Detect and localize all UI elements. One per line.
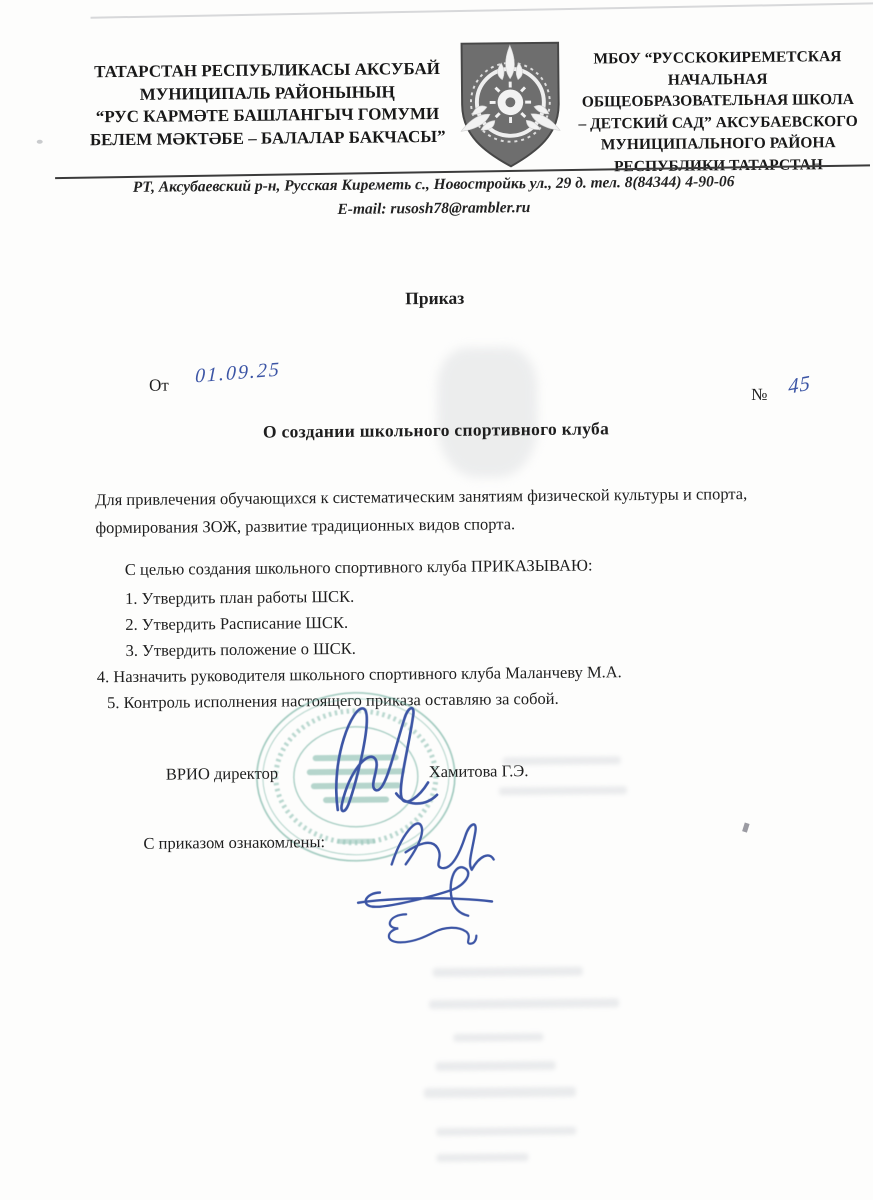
acknowledgement-signature	[378, 904, 478, 951]
bleed-through-artifact	[499, 786, 627, 795]
signer-role: ВРИО директор	[166, 764, 278, 785]
bleed-through-artifact	[436, 1127, 576, 1136]
scanned-order-document: ТАТАРСТАН РЕСПУБЛИКАСЫ АКСУБАЙ МУНИЦИПАЛ…	[0, 0, 873, 1200]
date-label: От	[149, 376, 169, 396]
bleed-through-artifact	[433, 967, 583, 977]
bleed-through-artifact	[453, 1033, 543, 1042]
ink-speck-artifact	[742, 823, 749, 833]
scan-dot-artifact	[37, 140, 43, 144]
bleed-through-artifact	[429, 998, 619, 1009]
bleed-through-artifact	[436, 1153, 528, 1162]
org-name-tatar: ТАТАРСТАН РЕСПУБЛИКАСЫ АКСУБАЙ МУНИЦИПАЛ…	[68, 58, 467, 152]
org-email: E-mail: rusosh78@rambler.ru	[0, 196, 870, 222]
bleed-through-artifact	[437, 347, 538, 478]
number-label: №	[751, 385, 767, 405]
acknowledged-label: С приказом ознакомлены:	[143, 832, 325, 854]
resolution-intro: С целью создания школьного спортивного к…	[125, 553, 805, 580]
scan-tilt-wrapper: ТАТАРСТАН РЕСПУБЛИКАСЫ АКСУБАЙ МУНИЦИПАЛ…	[0, 0, 873, 1200]
coat-of-arms-icon	[455, 39, 566, 170]
scan-edge-artifact	[91, 2, 873, 18]
bleed-through-artifact	[436, 1061, 556, 1071]
bleed-through-artifact	[503, 756, 621, 765]
org-name-russian: МБОУ “РУССКОКИРЕМЕТСКАЯ НАЧАЛЬНАЯ ОБЩЕОБ…	[566, 46, 870, 178]
document-title: Приказ	[0, 284, 871, 313]
handwritten-date: 01.09.25	[195, 358, 281, 388]
bleed-through-artifact	[424, 1087, 576, 1098]
order-preamble: Для привлечения обучающихся к систематич…	[95, 480, 802, 543]
order-subject: О создании школьного спортивного клуба	[0, 416, 873, 445]
handwritten-number: 45	[788, 370, 811, 400]
